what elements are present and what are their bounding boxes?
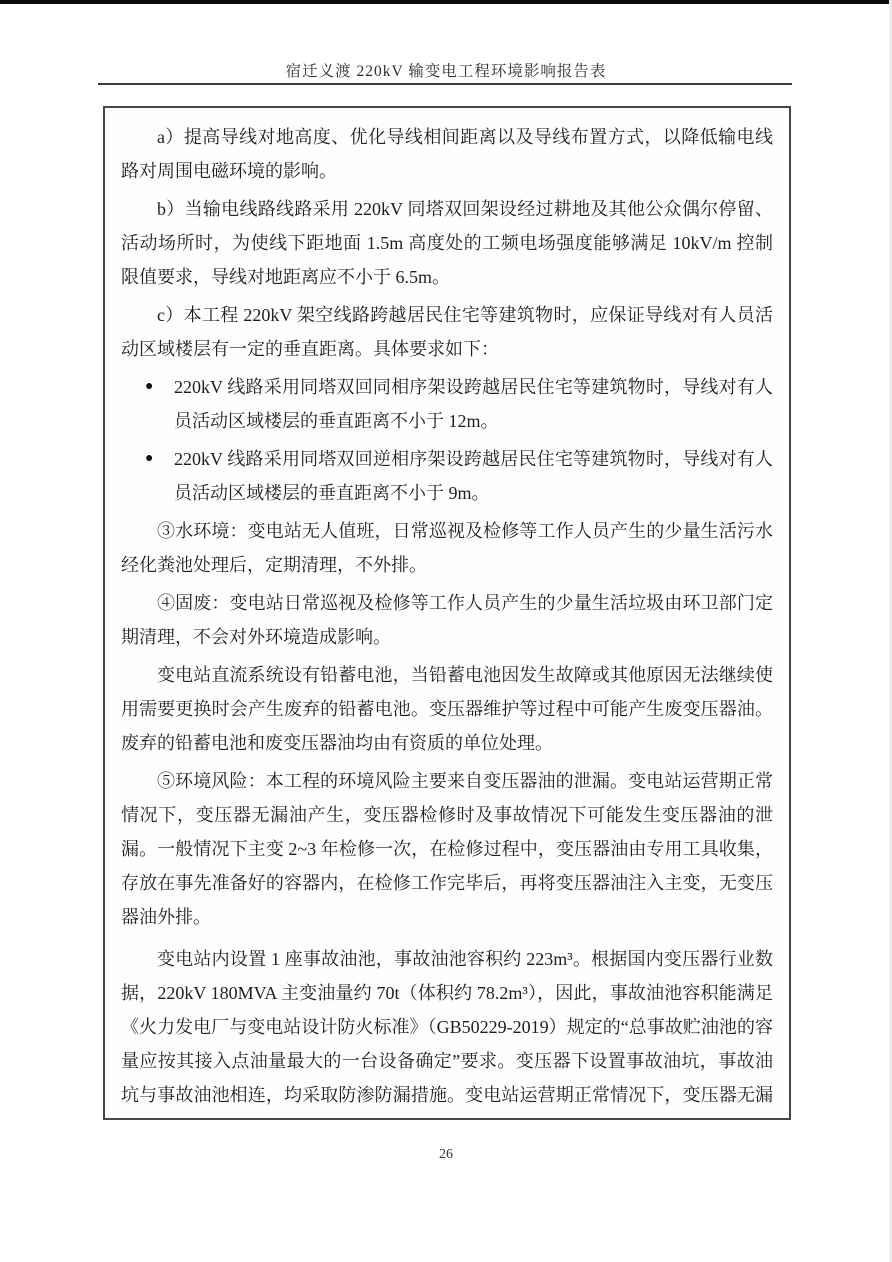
document-body: a）提高导线对地高度、优化导线相间距离以及导线布置方式，以降低输电线路对周围电磁… (121, 120, 773, 1120)
paragraph: ⑤环境风险：本工程的环境风险主要来自变压器油的泄漏。变电站运营期正常情况下，变压… (121, 764, 773, 934)
bullet-icon: ● (145, 370, 174, 438)
header-rule (98, 83, 792, 85)
page-footer: 26 (0, 1147, 892, 1163)
bullet-text: 220kV 线路采用同塔双回逆相序架设跨越居民住宅等建筑物时，导线对有人员活动区… (174, 442, 773, 510)
report-header-title: 宿迁义渡 220kV 输变电工程环境影响报告表 (0, 59, 892, 81)
paragraph: 变电站内设置 1 座事故油池，事故油池容积约 223m³。根据国内变压器行业数据… (121, 942, 773, 1120)
bullet-item: ●220kV 线路采用同塔双回逆相序架设跨越居民住宅等建筑物时，导线对有人员活动… (121, 442, 773, 510)
bullet-icon: ● (145, 442, 174, 510)
paragraph: a）提高导线对地高度、优化导线相间距离以及导线布置方式，以降低输电线路对周围电磁… (121, 120, 773, 188)
content-box: a）提高导线对地高度、优化导线相间距离以及导线布置方式，以降低输电线路对周围电磁… (103, 106, 791, 1120)
paragraph: ④固废：变电站日常巡视及检修等工作人员产生的少量生活垃圾由环卫部门定期清理，不会… (121, 586, 773, 654)
page-number: 26 (439, 1147, 453, 1162)
paragraph: b）当输电线路线路采用 220kV 同塔双回架设经过耕地及其他公众偶尔停留、活动… (121, 192, 773, 294)
paragraph: 变电站直流系统设有铅蓄电池，当铅蓄电池因发生故障或其他原因无法继续使用需要更换时… (121, 658, 773, 760)
bullet-item: ●220kV 线路采用同塔双回同相序架设跨越居民住宅等建筑物时，导线对有人员活动… (121, 370, 773, 438)
paragraph: c）本工程 220kV 架空线路跨越居民住宅等建筑物时，应保证导线对有人员活动区… (121, 298, 773, 366)
paragraph: ③水环境：变电站无人值班，日常巡视及检修等工作人员产生的少量生活污水经化粪池处理… (121, 514, 773, 582)
scan-top-edge-bar (0, 0, 892, 4)
bullet-text: 220kV 线路采用同塔双回同相序架设跨越居民住宅等建筑物时，导线对有人员活动区… (174, 370, 773, 438)
